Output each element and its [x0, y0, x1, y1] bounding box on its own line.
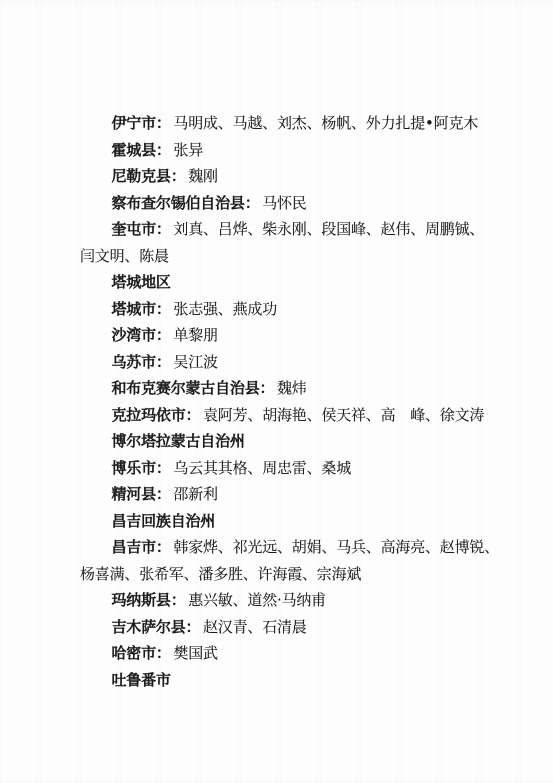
region-label: 察布查尔锡伯自治县： [112, 194, 260, 212]
document-line: 博乐市：乌云其其格、周忠雷、桑城 [80, 455, 483, 482]
names-text: 张志强、燕成功 [173, 300, 277, 318]
region-label: 塔城市： [112, 300, 171, 318]
region-label: 和布克赛尔蒙古自治县： [112, 379, 275, 397]
names-text: 杨喜满、张希军、潘多胜、许海霞、宗海斌 [80, 565, 361, 583]
region-label: 沙湾市： [112, 326, 171, 344]
document-line: 闫文明、陈晨 [80, 243, 483, 270]
region-label: 吉木萨尔县： [112, 618, 201, 636]
names-text: 乌云其其格、周忠雷、桑城 [173, 459, 351, 477]
names-text: 赵汉青、石清晨 [203, 618, 307, 636]
names-text: 刘真、吕烨、柴永刚、段国峰、赵伟、周鹏铖、 [173, 220, 484, 238]
document-line: 克拉玛依市：袁阿芳、胡海艳、侯天祥、高 峰、徐文涛 [80, 402, 483, 429]
region-label: 克拉玛依市： [112, 406, 201, 424]
region-label: 尼勒克县： [112, 167, 186, 185]
document-line: 杨喜满、张希军、潘多胜、许海霞、宗海斌 [80, 561, 483, 588]
names-text: 袁阿芳、胡海艳、侯天祥、高 峰、徐文涛 [203, 406, 484, 424]
document-line: 精河县：邵新利 [80, 481, 483, 508]
document-line: 塔城市：张志强、燕成功 [80, 296, 483, 323]
document-line: 沙湾市：单黎朋 [80, 322, 483, 349]
region-label: 伊宁市： [112, 114, 171, 132]
region-label: 奎屯市： [112, 220, 171, 238]
document-line: 和布克赛尔蒙古自治县：魏炜 [80, 375, 483, 402]
document-line: 尼勒克县：魏刚 [80, 163, 483, 190]
region-label: 哈密市： [112, 644, 171, 662]
document-line: 玛纳斯县：惠兴敏、道然·马纳甫 [80, 587, 483, 614]
heading-text: 塔城地区 [112, 273, 171, 291]
names-text: 魏刚 [188, 167, 218, 185]
names-text: 邵新利 [173, 485, 217, 503]
names-text: 单黎朋 [173, 326, 217, 344]
names-text: 惠兴敏、道然·马纳甫 [188, 591, 326, 609]
section-heading: 昌吉回族自治州 [80, 508, 483, 535]
document-line: 奎屯市：刘真、吕烨、柴永刚、段国峰、赵伟、周鹏铖、 [80, 216, 483, 243]
document-line: 吉木萨尔县：赵汉青、石清晨 [80, 614, 483, 641]
document-line: 伊宁市：马明成、马越、刘杰、杨帆、外力扎提•阿克木 [80, 110, 483, 137]
names-text: 吴江波 [173, 353, 217, 371]
region-label: 乌苏市： [112, 353, 171, 371]
region-label: 精河县： [112, 485, 171, 503]
names-text: 樊国武 [173, 644, 217, 662]
names-text: 闫文明、陈晨 [80, 247, 169, 265]
names-text: 马明成、马越、刘杰、杨帆、外力扎提•阿克木 [173, 114, 478, 132]
names-text: 张异 [173, 141, 203, 159]
heading-text: 昌吉回族自治州 [112, 512, 216, 530]
region-label: 昌吉市： [112, 538, 171, 556]
names-text: 马怀民 [262, 194, 306, 212]
region-label: 博乐市： [112, 459, 171, 477]
document-line: 乌苏市：吴江波 [80, 349, 483, 376]
document-line: 昌吉市：韩家烨、祁光远、胡娟、马兵、高海亮、赵博锐、 [80, 534, 483, 561]
heading-text: 博尔塔拉蒙古自治州 [112, 432, 245, 450]
document-line: 霍城县：张异 [80, 137, 483, 164]
region-label: 霍城县： [112, 141, 171, 159]
section-heading: 塔城地区 [80, 269, 483, 296]
document-line: 察布查尔锡伯自治县：马怀民 [80, 190, 483, 217]
section-heading: 吐鲁番市 [80, 667, 483, 694]
document-page: 伊宁市：马明成、马越、刘杰、杨帆、外力扎提•阿克木霍城县：张异尼勒克县：魏刚察布… [0, 0, 553, 783]
names-text: 韩家烨、祁光远、胡娟、马兵、高海亮、赵博锐、 [173, 538, 499, 556]
section-heading: 博尔塔拉蒙古自治州 [80, 428, 483, 455]
names-text: 魏炜 [277, 379, 307, 397]
heading-text: 吐鲁番市 [112, 671, 171, 689]
region-name-list: 伊宁市：马明成、马越、刘杰、杨帆、外力扎提•阿克木霍城县：张异尼勒克县：魏刚察布… [80, 110, 483, 693]
region-label: 玛纳斯县： [112, 591, 186, 609]
document-line: 哈密市：樊国武 [80, 640, 483, 667]
